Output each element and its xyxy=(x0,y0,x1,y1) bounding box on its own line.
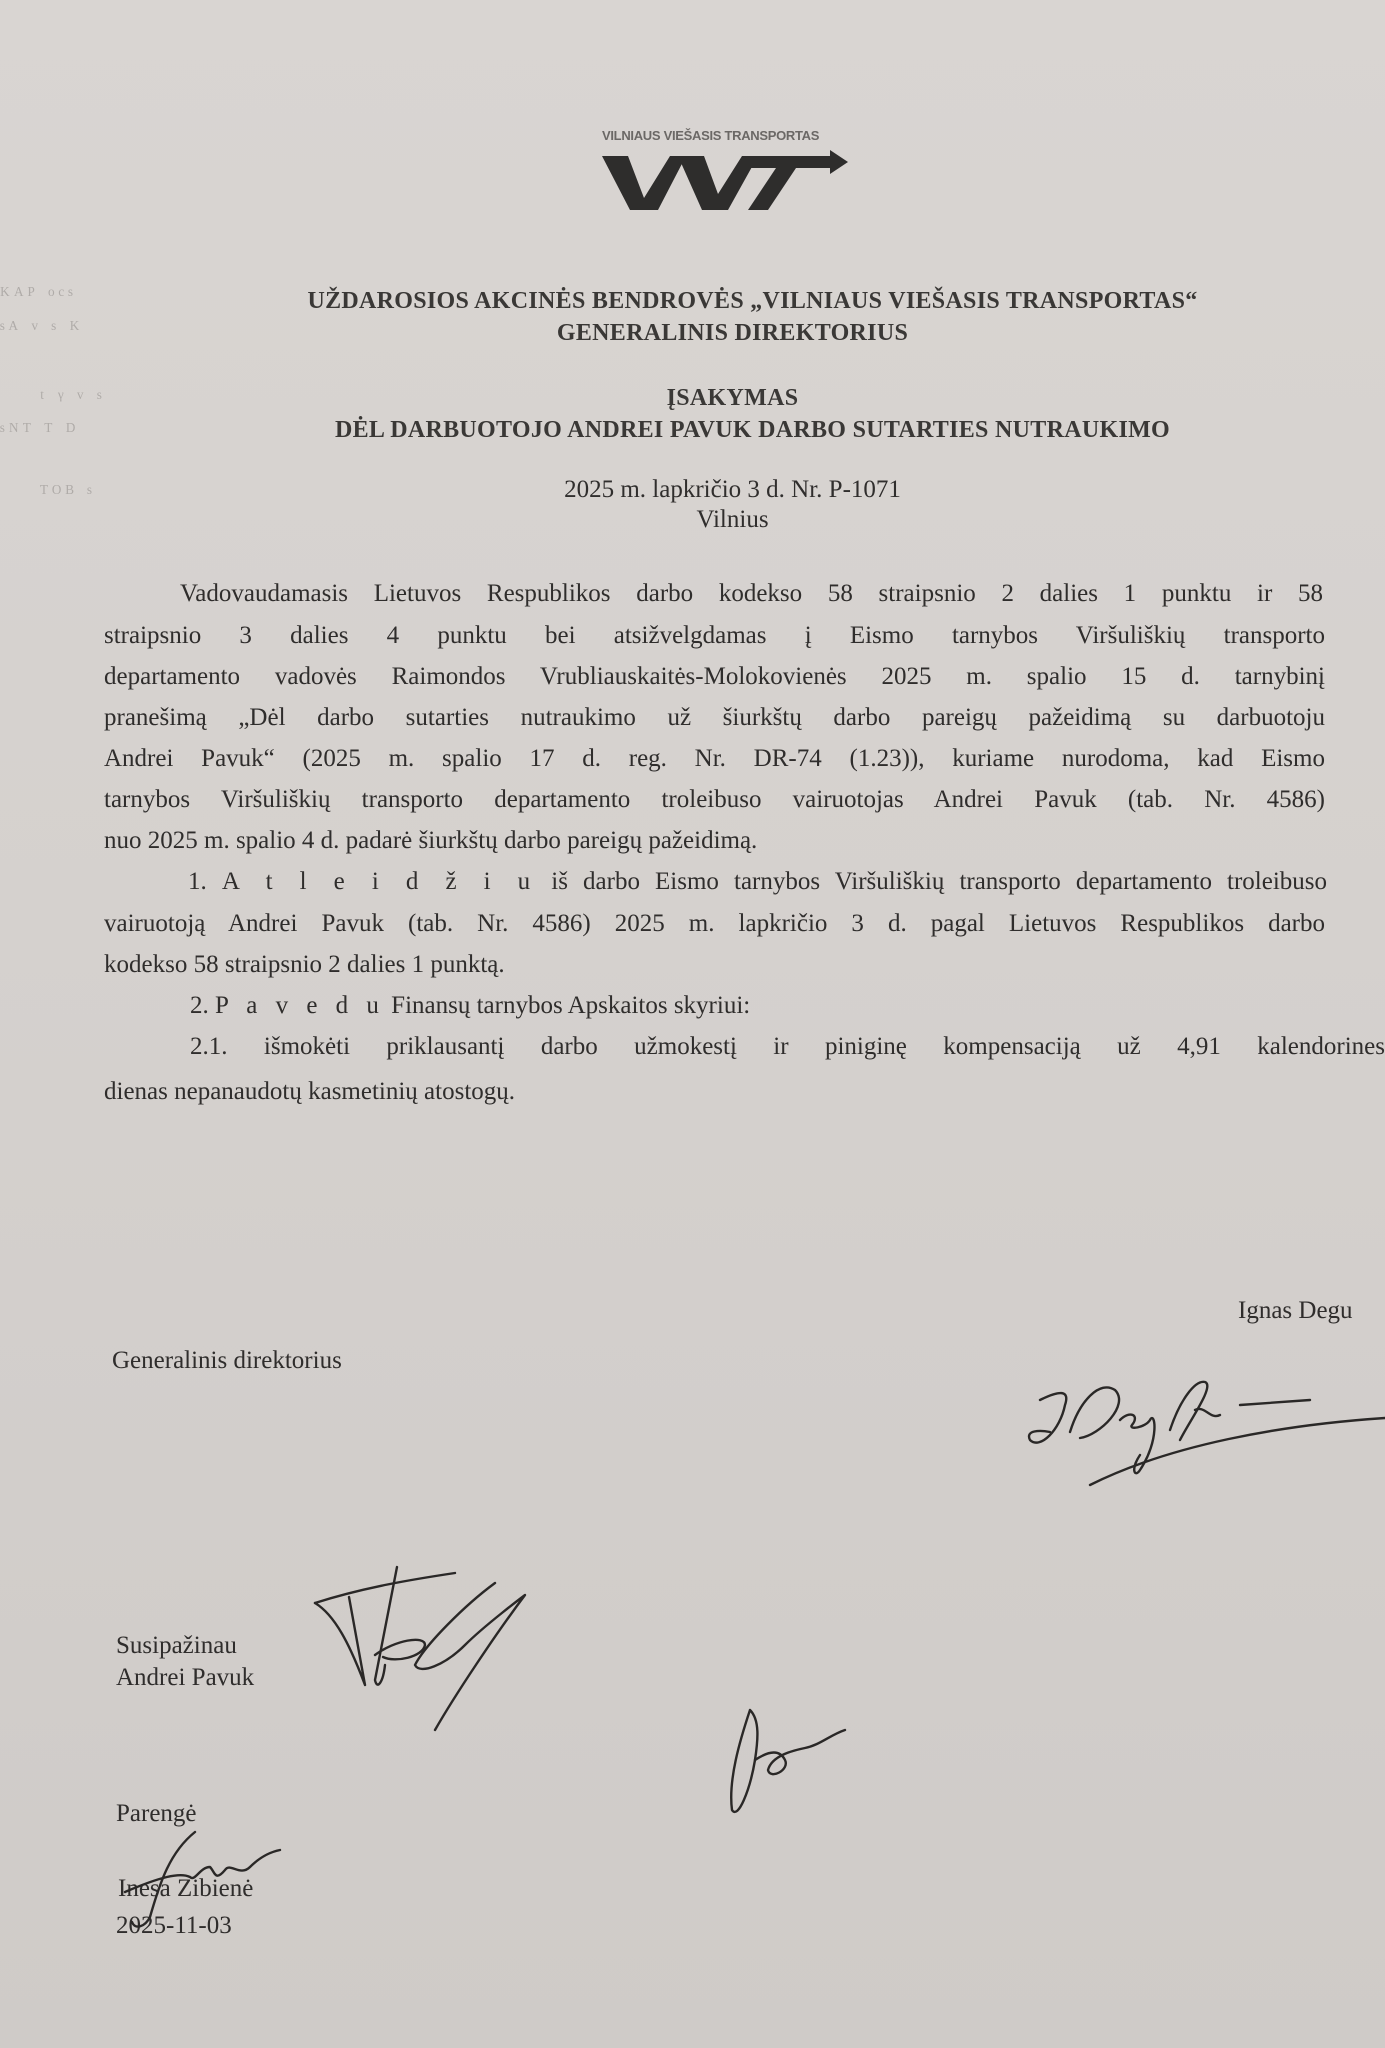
preamble-line: straipsnio 3 dalies 4 punktu bei atsižve… xyxy=(104,622,1325,650)
preamble-line: tarnybos Viršuliškių transporto departam… xyxy=(104,786,1325,814)
preamble-line: nuo 2025 m. spalio 4 d. padarė šiurkštų … xyxy=(104,827,1325,855)
item-text: išmokėti priklausantį darbo užmokestį ir… xyxy=(264,1033,1385,1060)
document-page: ᴷᴬᴾ ᵒᶜˢ ˢᴬ ᵛ ˢ ᴷ ᵗ ᵞ ᵛ ˢ ˢᴺᵀ ᵀ ᴰ ᵀᴼᴮ ˢ V… xyxy=(0,0,1385,2048)
director-name: Ignas Degu xyxy=(1238,1295,1353,1327)
item-2-1-line: dienas nepanaudotų kasmetinių atostogų. xyxy=(104,1078,1325,1106)
preparer-signature xyxy=(120,1822,290,1932)
approval-signature xyxy=(720,1700,870,1830)
item-number: 2.1. xyxy=(190,1033,228,1060)
director-title: Generalinis direktorius xyxy=(112,1345,342,1377)
company-logo: VILNIAUS VIEŠASIS TRANSPORTAS xyxy=(600,128,860,218)
employee-signature xyxy=(305,1565,545,1735)
item-number: 1. xyxy=(188,868,207,895)
preamble-line: pranešimą „Dėl darbo sutarties nutraukim… xyxy=(104,704,1325,732)
item-1-line: vairuotoją Andrei Pavuk (tab. Nr. 4586) … xyxy=(104,910,1325,938)
item-1-line: 1. A t l e i d ž i u iš darbo Eismo tarn… xyxy=(188,868,1327,896)
item-text: Finansų tarnybos Apskaitos skyriui: xyxy=(391,992,750,1019)
preamble-line: departamento vadovės Raimondos Vrubliaus… xyxy=(104,663,1325,691)
item-1-line: kodekso 58 straipsnio 2 dalies 1 punktą. xyxy=(104,951,1325,979)
item-number: 2. xyxy=(190,992,209,1019)
preamble-line: Andrei Pavuk“ (2025 m. spalio 17 d. reg.… xyxy=(104,745,1325,773)
item-verb: A t l e i d ž i u xyxy=(222,868,536,895)
acknowledged-label: Susipažinau xyxy=(116,1630,237,1662)
acknowledged-name: Andrei Pavuk xyxy=(116,1662,254,1694)
position-title: GENERALINIS DIREKTORIUS xyxy=(40,320,1385,347)
vvt-logo-icon xyxy=(600,138,860,218)
order-place: Vilnius xyxy=(40,506,1385,534)
order-date-number: 2025 m. lapkričio 3 d. Nr. P-1071 xyxy=(40,476,1385,504)
organization-name: UŽDAROSIOS AKCINĖS BENDROVĖS „VILNIAUS V… xyxy=(60,288,1385,315)
director-signature xyxy=(1020,1360,1385,1500)
preamble-line: Vadovaudamasis Lietuvos Respublikos darb… xyxy=(180,580,1323,608)
item-verb: P a v e d u xyxy=(215,992,385,1019)
item-text: iš darbo Eismo tarnybos Viršuliškių tran… xyxy=(551,868,1327,895)
item-2-1-line: 2.1. išmokėti priklausantį darbo užmokes… xyxy=(190,1033,1385,1061)
item-2-line: 2. P a v e d u Finansų tarnybos Apskaito… xyxy=(190,992,1325,1020)
order-title: DĖL DARBUOTOJO ANDREI PAVUK DARBO SUTART… xyxy=(60,417,1385,444)
order-type: ĮSAKYMAS xyxy=(40,385,1385,412)
